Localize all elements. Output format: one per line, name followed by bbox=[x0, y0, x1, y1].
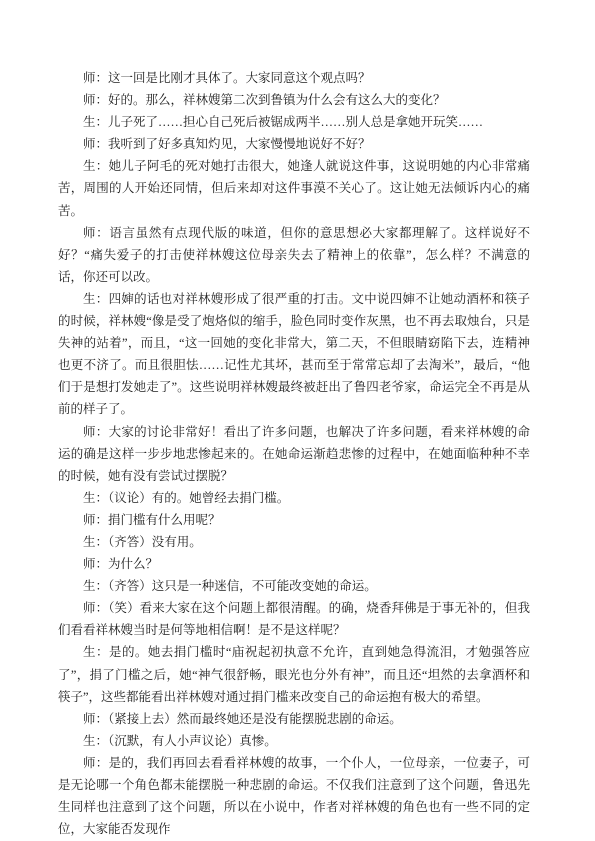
dialogue-paragraph: 生：（齐答）这只是一种迷信，不可能改变她的命运。 bbox=[58, 575, 530, 597]
dialogue-paragraph: 师：为什么？ bbox=[58, 553, 530, 575]
speaker-label: 生： bbox=[83, 535, 108, 549]
speaker-label: 师： bbox=[83, 425, 109, 439]
dialogue-text: 这一回是比刚才具体了。大家同意这个观点吗？ bbox=[108, 71, 371, 85]
dialogue-paragraph: 师：大家的讨论非常好！看出了许多问题，也解决了许多问题，看来祥林嫂的命运的确是这… bbox=[58, 421, 530, 487]
dialogue-text: 大家的讨论非常好！看出了许多问题，也解决了许多问题，看来祥林嫂的命运的确是这样一… bbox=[58, 425, 530, 483]
document-page: 师：这一回是比刚才具体了。大家同意这个观点吗？师：好的。那么，祥林嫂第二次到鲁镇… bbox=[0, 0, 595, 841]
dialogue-paragraph: 生：（沉默，有人小声议论）真惨。 bbox=[58, 730, 530, 752]
speaker-label: 师： bbox=[83, 557, 108, 571]
dialogue-paragraph: 生：她儿子阿毛的死对她打击很大，她逢人就说这件事，这说明她的内心非常痛苦，周围的… bbox=[58, 155, 530, 221]
speaker-label: 师： bbox=[83, 226, 109, 240]
dialogue-paragraph: 生：是的。她去捐门槛时“庙祝起初执意不允许，直到她急得流泪，才勉强答应了”，捐了… bbox=[58, 641, 530, 707]
speaker-label: 师： bbox=[83, 756, 109, 770]
speaker-label: 师： bbox=[83, 513, 108, 527]
dialogue-paragraph: 师：（笑）看来大家在这个问题上都很清醒。的确，烧香拜佛是于事无补的，但我们看看祥… bbox=[58, 597, 530, 641]
dialogue-paragraph: 师：（紧接上去）然而最终她还是没有能摆脱悲剧的命运。 bbox=[58, 708, 530, 730]
speaker-label: 生： bbox=[83, 645, 109, 659]
dialogue-text: 好的。那么，祥林嫂第二次到鲁镇为什么会有这么大的变化？ bbox=[108, 93, 446, 107]
speaker-label: 师： bbox=[83, 712, 108, 726]
dialogue-text: （齐答）这只是一种迷信，不可能改变她的命运。 bbox=[108, 579, 377, 593]
speaker-label: 生： bbox=[83, 159, 109, 173]
dialogue-text: （议论）有的。她曾经去捐门槛。 bbox=[108, 491, 289, 505]
dialogue-text: 为什么？ bbox=[108, 557, 158, 571]
dialogue-text: （沉默，有人小声议论）真惨。 bbox=[108, 734, 277, 748]
dialogue-paragraph: 师：语言虽然有点现代版的味道，但你的意思想必大家都理解了。这样说好不好？“痛失爱… bbox=[58, 222, 530, 288]
speaker-label: 生： bbox=[83, 579, 108, 593]
dialogue-text: （紧接上去）然而最终她还是没有能摆脱悲剧的命运。 bbox=[108, 712, 402, 726]
dialogue-text: 儿子死了……担心自己死后被锯成两半……别人总是拿她开玩笑…… bbox=[108, 115, 483, 129]
dialogue-paragraph: 师：这一回是比刚才具体了。大家同意这个观点吗？ bbox=[58, 67, 530, 89]
dialogue-paragraph: 生：儿子死了……担心自己死后被锯成两半……别人总是拿她开玩笑…… bbox=[58, 111, 530, 133]
dialogue-paragraph: 师：是的，我们再回去看看祥林嫂的故事，一个仆人，一位母亲，一位妻子，可是无论哪一… bbox=[58, 752, 530, 840]
dialogue-text: 语言虽然有点现代版的味道，但你的意思想必大家都理解了。这样说好不好？“痛失爱子的… bbox=[58, 226, 530, 284]
dialogue-text: （笑）看来大家在这个问题上都很清醒。的确，烧香拜佛是于事无补的，但我们看看祥林嫂… bbox=[58, 601, 530, 637]
speaker-label: 师： bbox=[83, 71, 108, 85]
speaker-label: 生： bbox=[83, 292, 109, 306]
dialogue-paragraph: 生：（齐答）没有用。 bbox=[58, 531, 530, 553]
speaker-label: 师： bbox=[83, 137, 108, 151]
dialogue-text: 四婶的话也对祥林嫂形成了很严重的打击。文中说四婶不让她动酒杯和筷子的时候，祥林嫂… bbox=[58, 292, 530, 416]
dialogue-text: 她儿子阿毛的死对她打击很大，她逢人就说这件事，这说明她的内心非常痛苦，周围的人开… bbox=[58, 159, 530, 217]
speaker-label: 生： bbox=[83, 491, 108, 505]
speaker-label: 师： bbox=[83, 93, 108, 107]
speaker-label: 师： bbox=[83, 601, 108, 615]
dialogue-paragraph: 生：（议论）有的。她曾经去捐门槛。 bbox=[58, 487, 530, 509]
dialogue-text: 捐门槛有什么用呢？ bbox=[108, 513, 221, 527]
dialogue-text: 是的。她去捐门槛时“庙祝起初执意不允许，直到她急得流泪，才勉强答应了”，捐了门槛… bbox=[58, 645, 530, 703]
dialogue-paragraph: 师：好的。那么，祥林嫂第二次到鲁镇为什么会有这么大的变化？ bbox=[58, 89, 530, 111]
speaker-label: 生： bbox=[83, 115, 108, 129]
transcript-body: 师：这一回是比刚才具体了。大家同意这个观点吗？师：好的。那么，祥林嫂第二次到鲁镇… bbox=[58, 67, 530, 840]
speaker-label: 生： bbox=[83, 734, 108, 748]
dialogue-text: 是的，我们再回去看看祥林嫂的故事，一个仆人，一位母亲，一位妻子，可是无论哪一个角… bbox=[58, 756, 530, 836]
dialogue-paragraph: 师：我听到了好多真知灼见，大家慢慢地说好不好？ bbox=[58, 133, 530, 155]
dialogue-paragraph: 生：四婶的话也对祥林嫂形成了很严重的打击。文中说四婶不让她动酒杯和筷子的时候，祥… bbox=[58, 288, 530, 421]
dialogue-text: 我听到了好多真知灼见，大家慢慢地说好不好？ bbox=[108, 137, 371, 151]
dialogue-paragraph: 师：捐门槛有什么用呢？ bbox=[58, 509, 530, 531]
dialogue-text: （齐答）没有用。 bbox=[108, 535, 202, 549]
